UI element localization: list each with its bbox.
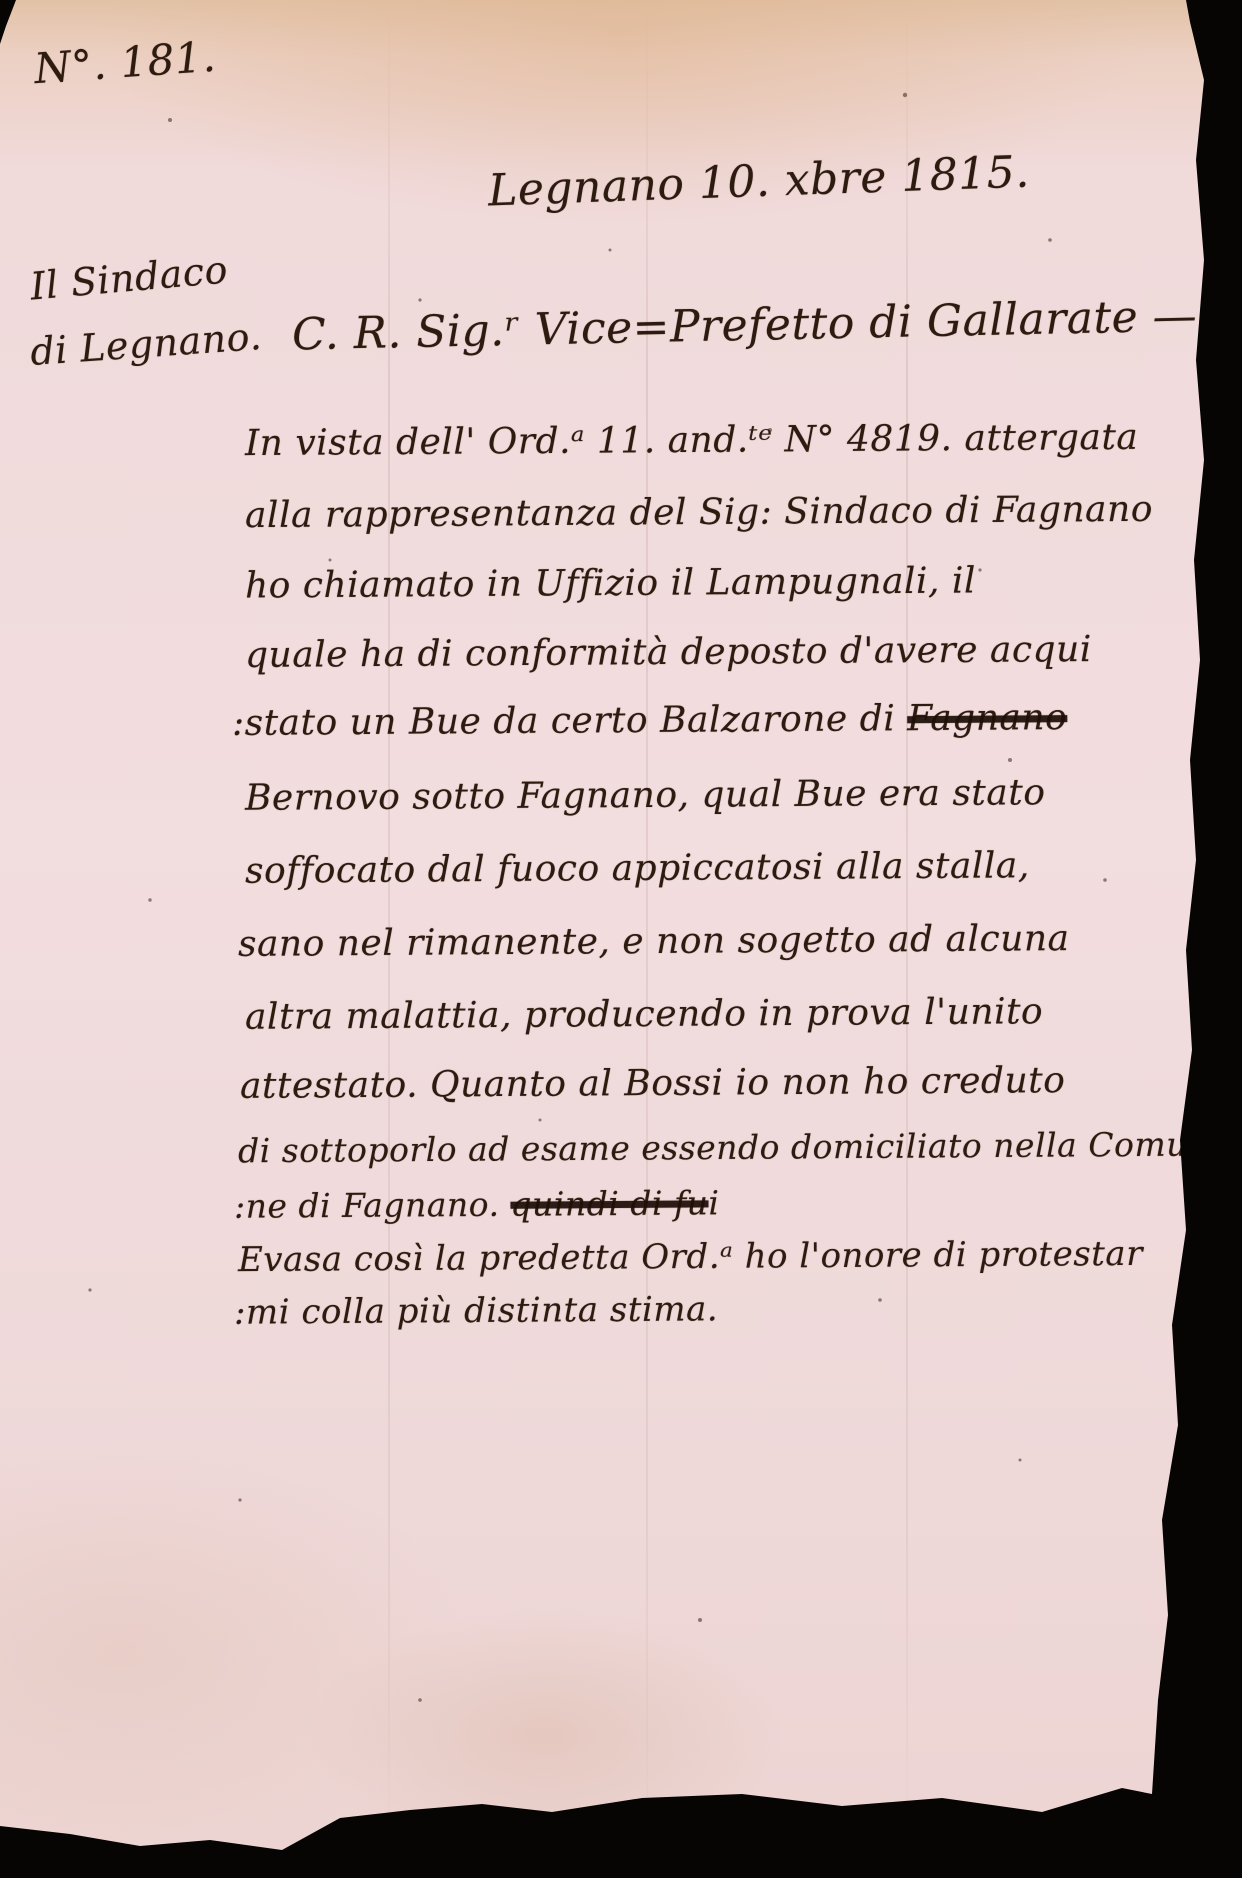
struck-phrase: quindi di fu [510, 1183, 708, 1223]
body-line-7: soffocato dal fuoco appiccatosi alla sta… [245, 845, 1030, 891]
body-line-9: altra malattia, producendo in prova l'un… [245, 991, 1043, 1038]
body-line-14: :mi colla più distinta stima. [234, 1289, 718, 1332]
body-line-13: Evasa così la predetta Ord.ᵃ ho l'onore … [238, 1234, 1143, 1280]
struck-word: Fagnano [907, 697, 1067, 739]
body-line-4: quale ha di conformità deposto d'avere a… [245, 629, 1092, 676]
body-line-12-text: :ne di Fagnano. [234, 1185, 511, 1226]
body-line-12-after: i [708, 1183, 719, 1222]
body-line-5: :stato un Bue da certo Balzarone di Fagn… [232, 697, 1068, 744]
body-line-1: In vista dell' Ord.ᵃ 11. and.ᵗᵉ N° 4819.… [245, 417, 1139, 464]
body-line-6: Bernovo sotto Fagnano, qual Bue era stat… [245, 772, 1046, 819]
body-line-8: sano nel rimanente, e non sogetto ad alc… [238, 918, 1070, 965]
body-line-3: ho chiamato in Uffizio il Lampugnali, il [245, 560, 976, 606]
body-line-12: :ne di Fagnano. quindi di fui [234, 1183, 720, 1225]
manuscript-scan: N°. 181. Legnano 10. xbre 1815. Il Sinda… [0, 0, 1242, 1878]
body-line-2: alla rappresentanza del Sig: Sindaco di … [245, 489, 1153, 536]
body-line-5-text: :stato un Bue da certo Balzarone di [232, 698, 907, 744]
body-line-10: attestato. Quanto al Bossi io non ho cre… [240, 1060, 1066, 1107]
body-line-11: di sottoporlo ad esame essendo domicilia… [238, 1125, 1188, 1171]
